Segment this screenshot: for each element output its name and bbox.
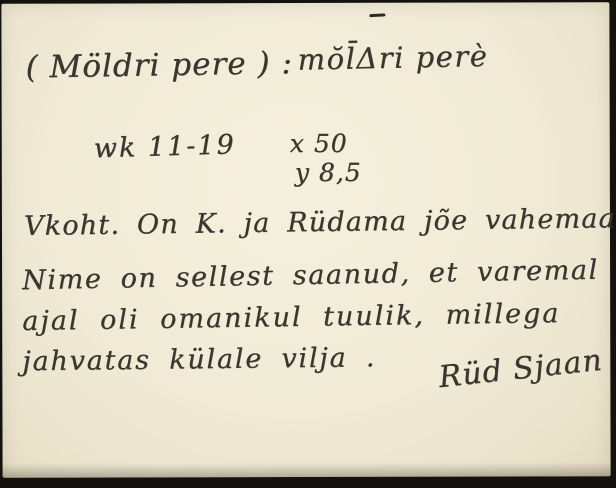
paper-edge-shadow	[3, 462, 611, 478]
index-card: ( Möldri pere ) : mŏl̄Δri perè wk 11-19 …	[1, 2, 610, 478]
body-line-1: Vkoht. On K. ja Rüdama jõe vahemaal.	[24, 203, 616, 242]
body-line-4: jahvatas külale vilja .	[22, 342, 376, 377]
ink-speck	[369, 13, 385, 17]
coordinate-x: x 50	[290, 129, 348, 158]
body-line-3: ajal oli omanikul tuulik, millega	[22, 298, 561, 337]
reference-code: wk 11-19	[93, 129, 236, 164]
phonetic-transcription: mŏl̄Δri perè	[297, 39, 488, 77]
collector-signature: Rüd Sjaan	[437, 343, 604, 395]
card-title: ( Möldri pere ) :	[25, 45, 293, 85]
body-line-2: Nime on sellest saanud, et varemal	[22, 255, 599, 297]
scan-background: ( Möldri pere ) : mŏl̄Δri perè wk 11-19 …	[0, 0, 616, 488]
coordinate-y: y 8,5	[295, 158, 362, 187]
